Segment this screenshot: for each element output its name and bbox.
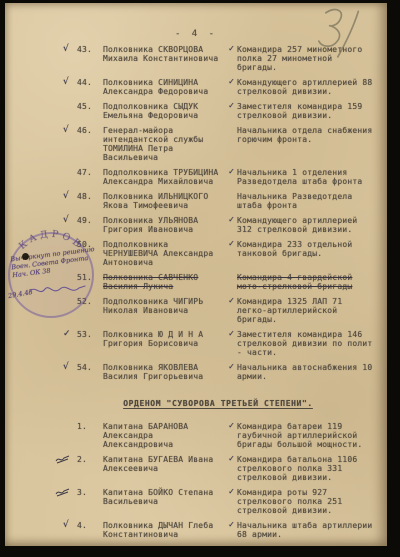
position-description: Командира роты 927 стрелкового полка 251… bbox=[237, 488, 375, 515]
officer-name: Полковника УЛЬЯНОВА Григория Ивановича✓ bbox=[103, 216, 237, 234]
item-number: 53. bbox=[77, 330, 103, 339]
pen-check-icon: ✓ bbox=[228, 520, 235, 529]
item-number: 47. bbox=[77, 168, 103, 177]
officer-name-text: Генерал-майора интендантской службы ТОМИ… bbox=[103, 126, 203, 162]
officer-name-text: Капитана БУГАЕВА Ивана Алексеевича bbox=[103, 455, 213, 473]
item-number: 3. bbox=[77, 488, 103, 497]
officer-name-text: Полковника СКВОРЦОВА Михаила Константино… bbox=[103, 45, 218, 63]
position-description: Начальника 1 отделения Разведотдела штаб… bbox=[237, 168, 375, 186]
award-item: √ 49. Полковника УЛЬЯНОВА Григория Ивано… bbox=[63, 216, 383, 234]
position-description: Командира 1325 ЛАП 71 легко-артиллерийск… bbox=[237, 297, 375, 324]
officer-name-text: Подполковника ЧИГИРЬ Николая Ивановича bbox=[103, 297, 203, 315]
pen-check-icon: ✓ bbox=[228, 362, 235, 371]
position-description: Начальника отдела снабжения горючим фрон… bbox=[237, 126, 375, 144]
position-description: Командира 257 минометного полка 27 мином… bbox=[237, 45, 375, 72]
pen-check-icon: ✓ bbox=[228, 239, 235, 248]
officer-name-text: Подполковника СЫДУК Емельяна Федоровича bbox=[103, 102, 198, 120]
item-number: 43. bbox=[77, 45, 103, 54]
position-description: Командира 4 гвардейской мото-стрелковой … bbox=[237, 273, 375, 291]
pen-check-icon: ✓ bbox=[228, 101, 235, 110]
officer-name: Подполковника ЧИГИРЬ Николая Ивановича✓ bbox=[103, 297, 237, 315]
officer-name: Полковника СКВОРЦОВА Михаила Константино… bbox=[103, 45, 237, 63]
pen-check-icon: ✓ bbox=[228, 296, 235, 305]
pen-check-mark: ✓ bbox=[63, 330, 77, 339]
pen-check-icon: ✓ bbox=[228, 77, 235, 86]
position-description: Заместителя командира 159 стрелковой див… bbox=[237, 102, 375, 120]
officer-name-text: Полковника ДЫЧАН Глеба Константиновича bbox=[103, 521, 213, 539]
officer-name-text: Капитана БОЙКО Степана Васильевича bbox=[103, 488, 213, 506]
award-item: ✓ 53. Полковника Ю Д И Н А Григория Бори… bbox=[63, 330, 383, 357]
officer-name: Полковника САВЧЕНКО Василия Лукича bbox=[103, 273, 237, 291]
pen-check-icon: ✓ bbox=[228, 487, 235, 496]
item-number: 44. bbox=[77, 78, 103, 87]
award-item: 47. Подполковника ТРУБИЦИНА Александра М… bbox=[63, 168, 383, 186]
officer-name: Полковника ЯКОВЛЕВА Василия Григорьевича… bbox=[103, 363, 237, 381]
officer-name-text: Полковника Ю Д И Н А Григория Борисовича bbox=[103, 330, 203, 348]
position-description: Командира батальона 1106 стрелкового пол… bbox=[237, 455, 375, 482]
pen-check-icon: ✓ bbox=[228, 421, 235, 430]
award-item-struck-out: 51. Полковника САВЧЕНКО Василия Лукича К… bbox=[63, 273, 383, 291]
position-description: Командующего артиллерией 312 стрелковой … bbox=[237, 216, 375, 234]
item-number: 46. bbox=[77, 126, 103, 135]
pen-check-icon: ✓ bbox=[228, 215, 235, 224]
award-item: 52. Подполковника ЧИГИРЬ Николая Иванови… bbox=[63, 297, 383, 324]
pen-check-mark: √ bbox=[63, 521, 77, 530]
pen-check-mark: √ bbox=[63, 45, 77, 54]
pen-scribble-icon bbox=[55, 488, 70, 499]
item-number: 1. bbox=[77, 422, 103, 431]
item-number: 45. bbox=[77, 102, 103, 111]
position-description: Начальника автоснабжения 10 армии. bbox=[237, 363, 375, 381]
item-number: 2. bbox=[77, 455, 103, 464]
document-page: - 4 - √ 43. Полковника СКВОРЦОВА Михаила… bbox=[5, 3, 387, 546]
officer-name: Подполковника СЫДУК Емельяна Федоровича✓ bbox=[103, 102, 237, 120]
officer-name: Капитана БОЙКО Степана Васильевича✓ bbox=[103, 488, 237, 506]
award-item: √ 43. Полковника СКВОРЦОВА Михаила Конст… bbox=[63, 45, 383, 72]
officer-name: Капитана БУГАЕВА Ивана Алексеевича✓ bbox=[103, 455, 237, 473]
item-number: 54. bbox=[77, 363, 103, 372]
pen-check-mark: √ bbox=[63, 126, 77, 135]
position-description: Начальника штаба артиллерии 68 армии. bbox=[237, 521, 375, 539]
award-item: √ 46. Генерал-майора интендантской служб… bbox=[63, 126, 383, 162]
section-title: ОРДЕНОМ "СУВОРОВА ТРЕТЬЕЙ СТЕПЕНИ". bbox=[123, 399, 313, 408]
officer-name-text: Полковника САВЧЕНКО Василия Лукича bbox=[103, 273, 198, 291]
pen-check-icon: ✓ bbox=[228, 329, 235, 338]
officer-name-text: Подполковника ЧЕРНУШЕВИЧА Александра Ант… bbox=[103, 240, 213, 267]
item-number: 4. bbox=[77, 521, 103, 530]
officer-name: Капитана БАРАНОВА Александра Александров… bbox=[103, 422, 237, 449]
position-description: Начальника Разведотдела штаба фронта bbox=[237, 192, 375, 210]
award-item: √ 54. Полковника ЯКОВЛЕВА Василия Григор… bbox=[63, 363, 383, 381]
officer-name: Полковника Ю Д И Н А Григория Борисовича… bbox=[103, 330, 237, 348]
position-description: Командира 233 отдельной танковой бригады… bbox=[237, 240, 375, 258]
officer-name-text: Полковника ИЛЬНИЦКОГО Якова Тимофеевича bbox=[103, 192, 208, 210]
pen-check-mark: √ bbox=[63, 192, 77, 201]
pen-scribble-icon bbox=[55, 455, 70, 466]
pen-check-icon: ✓ bbox=[228, 167, 235, 176]
pen-check-mark: √ bbox=[63, 363, 77, 372]
award-item: 3. Капитана БОЙКО Степана Васильевича✓ К… bbox=[63, 488, 383, 515]
officer-name: Полковника СИНИЦИНА Александра Федорович… bbox=[103, 78, 237, 96]
officer-name: Полковника ДЫЧАН Глеба Константиновича✓ bbox=[103, 521, 237, 539]
position-description: Заместителя командира 146 стрелковой див… bbox=[237, 330, 375, 357]
officer-name-text: Подполковника ТРУБИЦИНА Александра Михай… bbox=[103, 168, 218, 186]
position-description: Командира батареи 119 гаубичной артиллер… bbox=[237, 422, 375, 449]
pen-check-icon: ✓ bbox=[228, 454, 235, 463]
officer-name: Подполковника ТРУБИЦИНА Александра Михай… bbox=[103, 168, 237, 186]
officer-name-text: Полковника УЛЬЯНОВА Григория Ивановича bbox=[103, 216, 198, 234]
officer-name: Генерал-майора интендантской службы ТОМИ… bbox=[103, 126, 237, 162]
award-item: √ 48. Полковника ИЛЬНИЦКОГО Якова Тимофе… bbox=[63, 192, 383, 210]
award-item: 45. Подполковника СЫДУК Емельяна Федоров… bbox=[63, 102, 383, 120]
award-item: √ 44. Полковника СИНИЦИНА Александра Фед… bbox=[63, 78, 383, 96]
officer-name-text: Капитана БАРАНОВА Александра Александров… bbox=[103, 422, 188, 449]
officer-name: Полковника ИЛЬНИЦКОГО Якова Тимофеевича bbox=[103, 192, 237, 210]
position-description: Командующего артиллерией 88 стрелковой д… bbox=[237, 78, 375, 96]
pen-check-mark: √ bbox=[63, 78, 77, 87]
award-item: √ 4. Полковника ДЫЧАН Глеба Константинов… bbox=[63, 521, 383, 539]
award-item: 2. Капитана БУГАЕВА Ивана Алексеевича✓ К… bbox=[63, 455, 383, 482]
officer-name-text: Полковника ЯКОВЛЕВА Василия Григорьевича bbox=[103, 363, 203, 381]
award-list-continued: √ 43. Полковника СКВОРЦОВА Михаила Конст… bbox=[63, 45, 383, 545]
signature-squiggle bbox=[27, 281, 87, 299]
hole-punch-mark bbox=[22, 253, 29, 260]
award-item: 1. Капитана БАРАНОВА Александра Александ… bbox=[63, 422, 383, 449]
pen-check-icon: ✓ bbox=[228, 44, 235, 53]
item-number: 48. bbox=[77, 192, 103, 201]
officer-name: Подполковника ЧЕРНУШЕВИЧА Александра Ант… bbox=[103, 240, 237, 267]
section-header: ОРДЕНОМ "СУВОРОВА ТРЕТЬЕЙ СТЕПЕНИ". bbox=[53, 391, 383, 410]
officer-name-text: Полковника СИНИЦИНА Александра Федорович… bbox=[103, 78, 208, 96]
